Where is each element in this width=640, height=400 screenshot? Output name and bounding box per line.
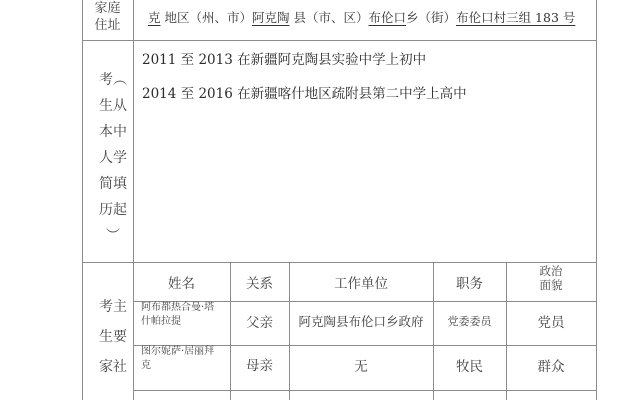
- address-label-line1: 家庭: [94, 0, 120, 17]
- history-label-char: 简填: [92, 171, 134, 197]
- history-label-char: 生从: [92, 93, 134, 119]
- history-entry-2: 2014 至 2016 在新疆喀什地区疏附县第二中学上高中: [142, 82, 467, 102]
- row2-position: 牧民: [433, 345, 506, 385]
- address-value: 克 地区（州、市）阿克陶 县（市、区）布伦口乡（街）布伦口村三组 183 号: [148, 8, 575, 26]
- header-political-line2: 面貌: [540, 278, 563, 292]
- table-left-border: [82, 0, 83, 400]
- history-label-char: 人学: [92, 145, 134, 171]
- history-entry-1: 2011 至 2013 在新疆阿克陶县实验中学上初中: [142, 48, 426, 68]
- address-village: 布伦口村三组 183 号: [456, 10, 575, 25]
- address-row-bottom: [82, 40, 597, 41]
- address-township-suffix: 乡（街）: [406, 10, 456, 25]
- row1-name-line1: 阿布都热合曼·塔: [141, 301, 214, 315]
- family-label-char: 家社: [92, 352, 134, 382]
- history-label-char: 历起: [92, 197, 134, 223]
- row1-position: 党委委员: [433, 301, 506, 341]
- row1-work-unit: 阿克陶县布伦口乡政府: [289, 301, 433, 341]
- family-label-char: 生要: [92, 322, 134, 352]
- address-county-suffix: 县（市、区）: [294, 10, 369, 25]
- address-prefecture: 克: [148, 10, 161, 25]
- header-political: 政治 面貌: [506, 260, 596, 296]
- address-township: 布伦口: [369, 10, 407, 25]
- header-name: 姓名: [133, 262, 230, 301]
- family-label: 考主 生要 家社: [92, 292, 134, 382]
- header-work-unit: 工作单位: [289, 262, 433, 301]
- table-right-border: [596, 0, 597, 400]
- row2-name-line2: 克: [141, 359, 151, 373]
- history-label-char: ︶: [92, 223, 134, 249]
- history-label-char: 本中: [92, 119, 134, 145]
- row2-relation: 母亲: [230, 345, 289, 383]
- header-political-line1: 政治: [540, 264, 563, 278]
- row2-name-line1: 图尔妮萨·居丽拜: [141, 345, 214, 359]
- row1-political: 党员: [506, 301, 596, 341]
- row1-name: 阿布都热合曼·塔 什帕拉提: [133, 301, 230, 345]
- address-label: 家庭 住址: [82, 0, 133, 40]
- row1-name-line2: 什帕拉提: [141, 315, 181, 329]
- family-label-char: 考主: [92, 292, 134, 322]
- address-label-line2: 住址: [94, 17, 120, 34]
- row2-political: 群众: [506, 345, 596, 385]
- history-label-char: 考︵: [92, 67, 134, 93]
- history-label: 考︵ 生从 本中 人学 简填 历起 ︶: [92, 67, 134, 249]
- row2-name: 图尔妮萨·居丽拜 克: [133, 345, 230, 390]
- address-county: 阿克陶: [252, 10, 290, 25]
- address-prefecture-suffix: 地区（州、市）: [165, 10, 253, 25]
- header-relation: 关系: [230, 262, 289, 301]
- row2-work-unit: 无: [289, 345, 433, 385]
- row2-bottom: [133, 390, 597, 391]
- row1-relation: 父亲: [230, 301, 289, 341]
- header-position: 职务: [433, 262, 506, 301]
